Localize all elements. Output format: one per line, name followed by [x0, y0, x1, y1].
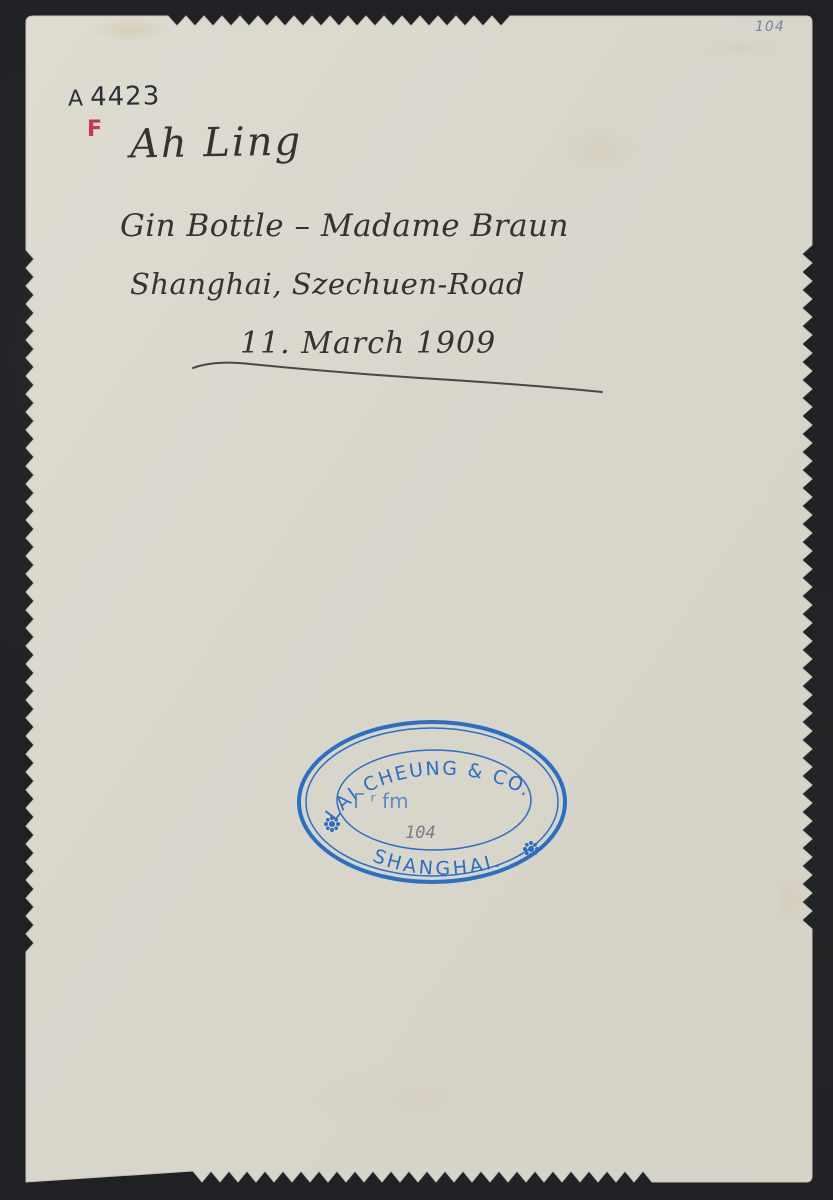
inscription-location: Shanghai, Szechuen-Road	[130, 267, 525, 301]
catalog-number: A4423	[68, 81, 161, 113]
catalog-digits: 4423	[90, 81, 161, 112]
catalog-letter: F	[87, 117, 102, 142]
inscription-date: 11. March 1909	[240, 326, 496, 361]
stamp-inner-number: 104	[405, 823, 436, 843]
corner-number: 104	[755, 19, 785, 35]
photographer-stamp: LAI CHEUNG & CO. SHANGHAI. Γ ʳ fm 104	[293, 716, 571, 888]
card-outline	[0, 0, 833, 1200]
inscription-name: Ah Ling	[130, 119, 303, 168]
document-viewer: 104 A4423 F Ah Ling Gin Bottle – Madame …	[0, 0, 833, 1200]
inscription-subject: Gin Bottle – Madame Braun	[120, 208, 569, 244]
catalog-prefix: A	[68, 87, 84, 112]
stamp-inner-marks: Γ ʳ fm	[353, 789, 409, 813]
